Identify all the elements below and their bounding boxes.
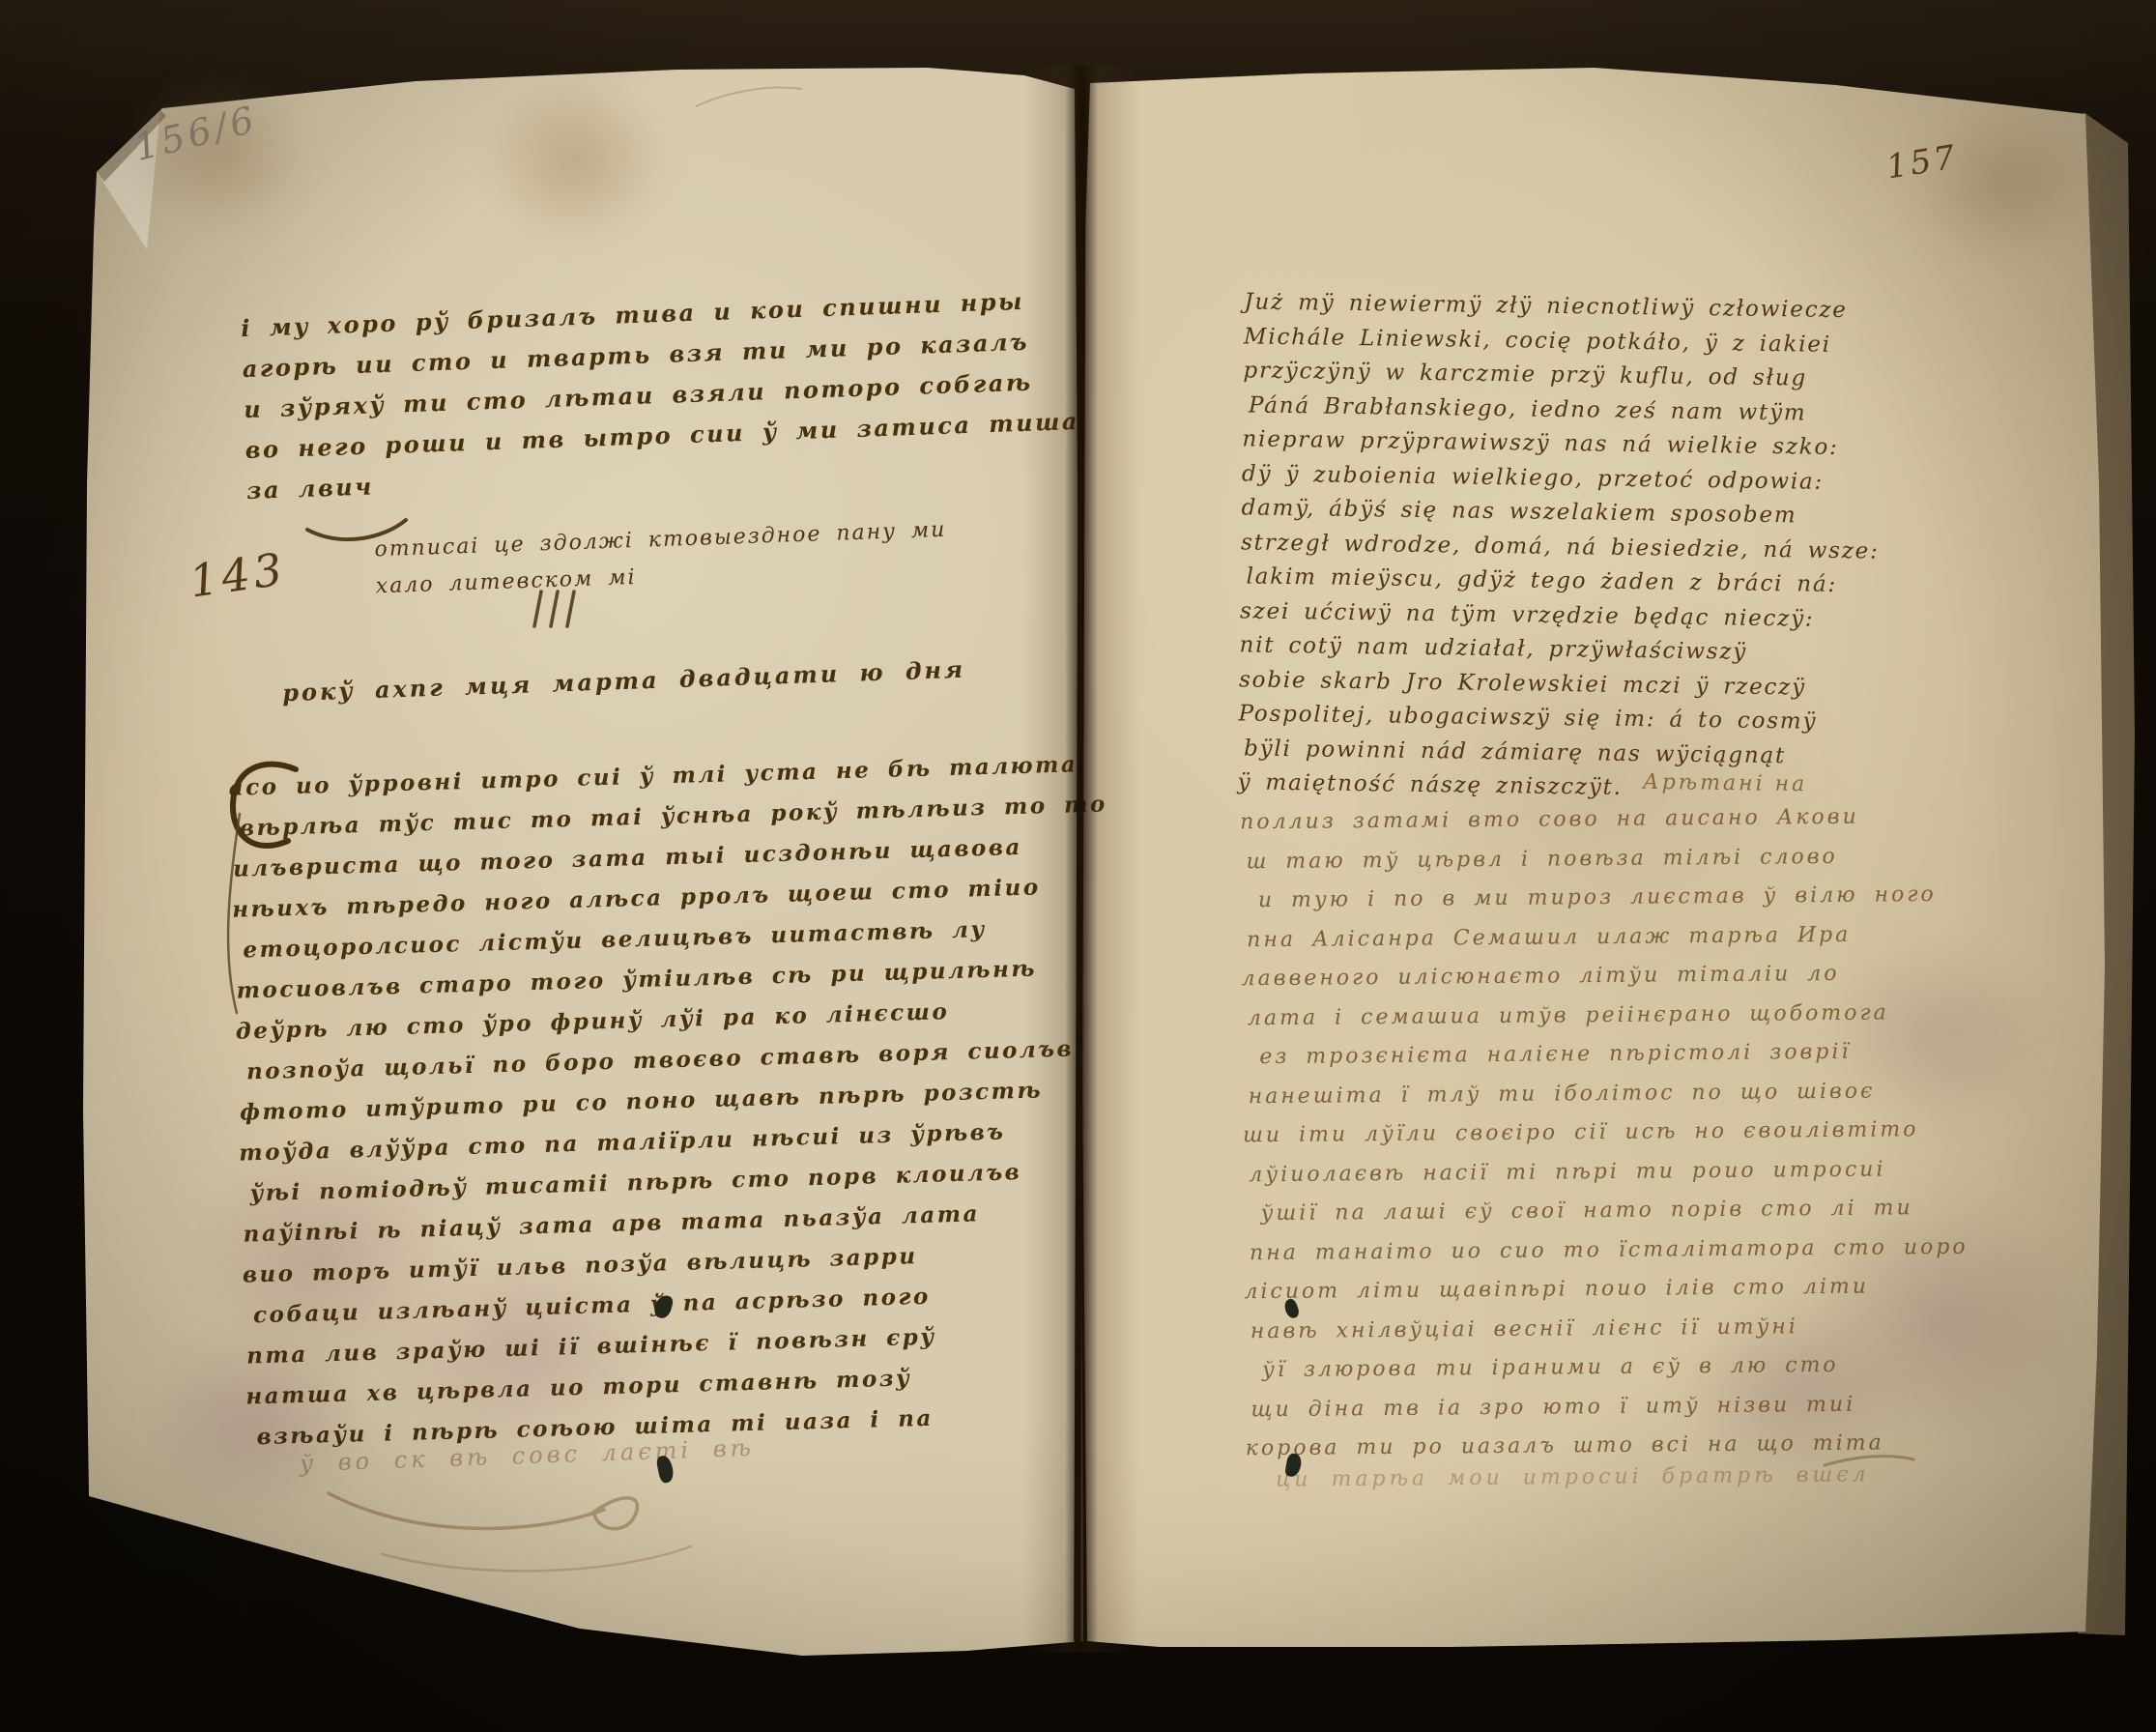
- manuscript-line: лісиот літи щавіпѣрі поио ілів сто літи: [1244, 1267, 1969, 1313]
- left-body-paragraph: асо ио ўрровні итро сиі ў тлі уста не бѣ…: [228, 743, 1125, 1458]
- cyrillic-note-start: Арѣтані на: [1643, 770, 1808, 796]
- manuscript-line: поллиз затамі вто сово на аисано Акови: [1240, 797, 1965, 843]
- cyrillic-paragraph: поллиз затамі вто сово на аисано Аковиш …: [1246, 797, 1970, 1469]
- left-opening-paragraph: і му хоро рў бризалъ тива и кои спишни н…: [241, 279, 1082, 511]
- manuscript-line: навѣ хнілвўціаі веснії лієнс ії итўні: [1250, 1306, 1969, 1351]
- manuscript-line: ўшії па лаші єў свої нато порів сто лі т…: [1261, 1189, 1969, 1234]
- manuscript-photo: 156/6 і му хоро рў бризалъ тива и кои сп…: [0, 0, 2156, 1732]
- manuscript-line: щи діна тв іа зро юто ї итў нізви тиі: [1250, 1384, 1969, 1429]
- manuscript-line: пна Алісанра Семашил илаж тарѣа Ира: [1247, 914, 1966, 960]
- manuscript-line: нанешіта ї тлў ти іболітос по що шівоє: [1248, 1071, 1967, 1116]
- manuscript-line: ш таю тў цѣрвл і повѣза тілѣі слово: [1246, 836, 1965, 881]
- polish-paragraph: Już mÿ niewiermÿ złÿ niecnotliwÿ człowie…: [1237, 285, 1883, 809]
- manuscript-line: лаввеного илісюнаєто літўи тіталіи ло: [1241, 954, 1966, 999]
- manuscript-line: лата і семашиа итўв реіінєрано щоботога: [1248, 993, 1967, 1038]
- manuscript-line: ши іти лўїли своєіро сії исѣ но євоилівт…: [1243, 1111, 1968, 1156]
- manuscript-line: лўіиолаєвѣ насії ті пѣрі ти роио итросиі: [1249, 1149, 1968, 1195]
- manuscript-line: и тую і по в ми тироз лиєстав ў вілю ног…: [1258, 876, 1966, 921]
- manuscript-line: ез трозєнієта налієне пѣрістолі зоврії: [1259, 1032, 1967, 1078]
- manuscript-line: пна танаіто ио сио то їсталітатора сто и…: [1250, 1227, 1969, 1273]
- manuscript-line: ўї злюрова ти іраними а єў в лю сто: [1262, 1345, 1969, 1391]
